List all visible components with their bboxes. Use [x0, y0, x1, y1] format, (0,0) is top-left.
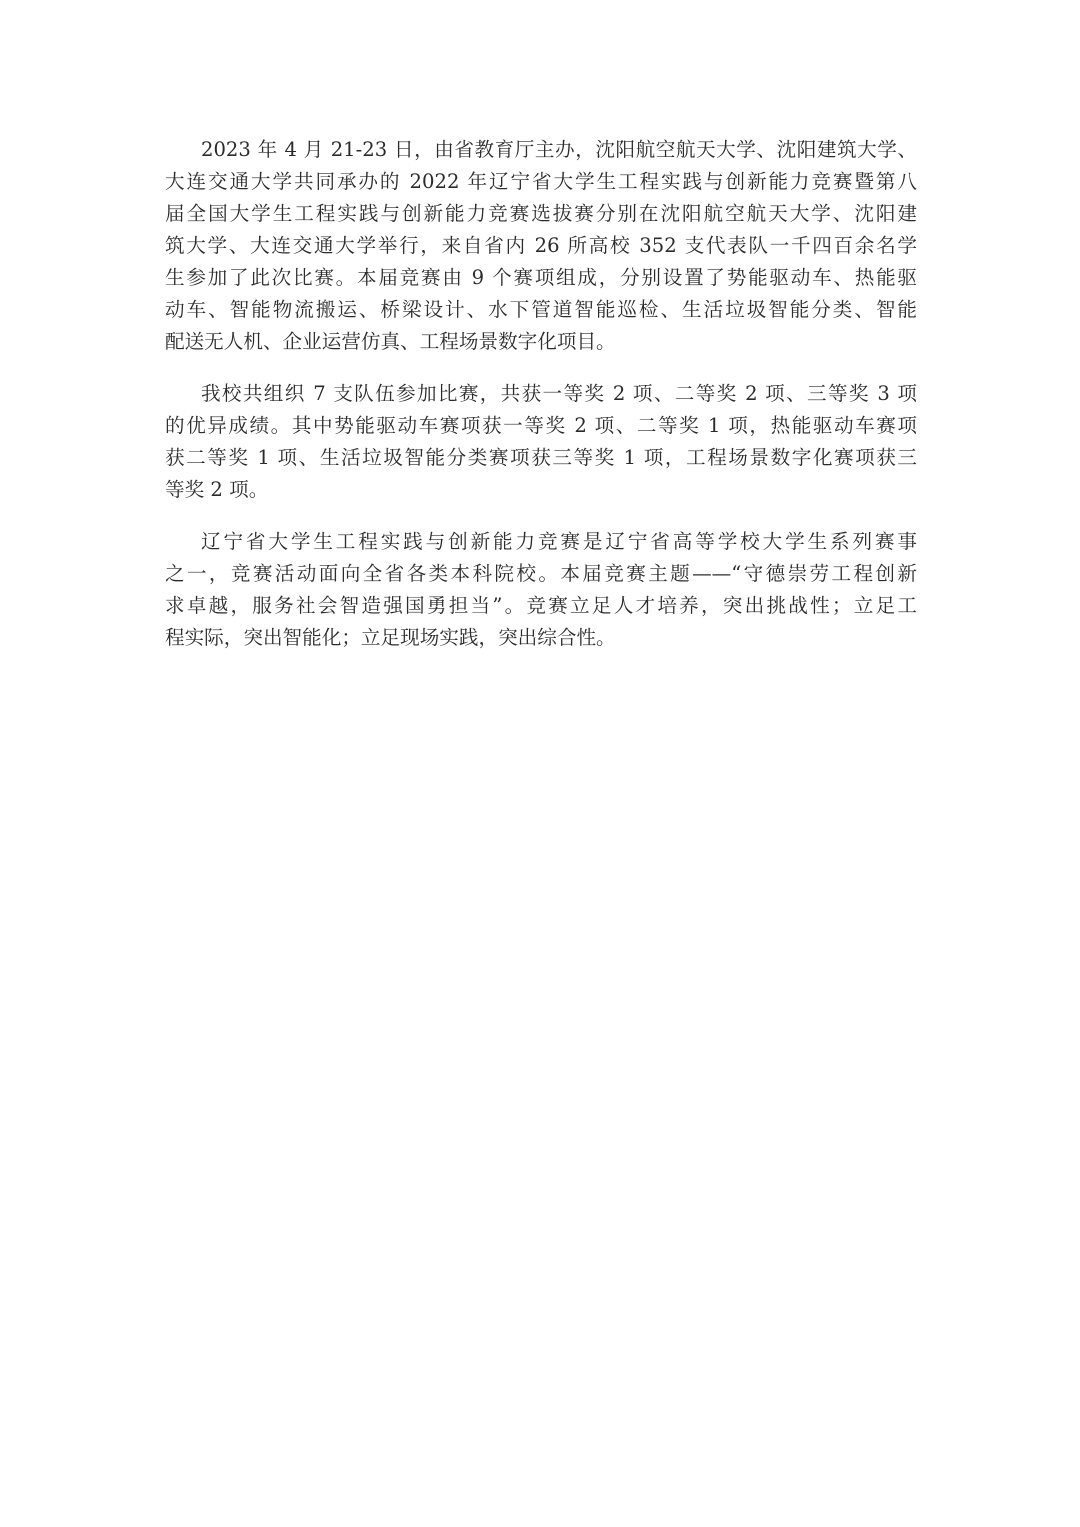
text-line: 筑大学、大连交通大学举行，来自省内 26 所高校 352 支代表队一千四百余名学	[165, 230, 917, 262]
text-line: 配送无人机、企业运营仿真、工程场景数字化项目。	[165, 326, 917, 358]
text-line: 之一，竞赛活动面向全省各类本科院校。本届竞赛主题——“守德崇劳工程创新	[165, 558, 917, 590]
text-line: 等奖 2 项。	[165, 474, 917, 506]
text-line: 届全国大学生工程实践与创新能力竞赛选拔赛分别在沈阳航空航天大学、沈阳建	[165, 198, 917, 230]
text-line: 大连交通大学共同承办的 2022 年辽宁省大学生工程实践与创新能力竞赛暨第八	[165, 166, 917, 198]
text-line: 辽宁省大学生工程实践与创新能力竞赛是辽宁省高等学校大学生系列赛事	[165, 526, 917, 558]
paragraph-competition-theme: 辽宁省大学生工程实践与创新能力竞赛是辽宁省高等学校大学生系列赛事 之一，竞赛活动…	[165, 526, 917, 654]
text-line: 生参加了此次比赛。本届竞赛由 9 个赛项组成，分别设置了势能驱动车、热能驱	[165, 262, 917, 294]
text-line: 获二等奖 1 项、生活垃圾智能分类赛项获三等奖 1 项，工程场景数字化赛项获三	[165, 442, 917, 474]
text-line: 程实际，突出智能化；立足现场实践，突出综合性。	[165, 622, 917, 654]
text-line: 我校共组织 7 支队伍参加比赛，共获一等奖 2 项、二等奖 2 项、三等奖 3 …	[165, 378, 917, 410]
text-line: 2023 年 4 月 21-23 日，由省教育厅主办，沈阳航空航天大学、沈阳建筑…	[165, 134, 917, 166]
paragraph-competition-overview: 2023 年 4 月 21-23 日，由省教育厅主办，沈阳航空航天大学、沈阳建筑…	[165, 134, 917, 358]
text-line: 动车、智能物流搬运、桥梁设计、水下管道智能巡检、生活垃圾智能分类、智能	[165, 294, 917, 326]
text-line: 求卓越，服务社会智造强国勇担当”。竞赛立足人才培养，突出挑战性；立足工	[165, 590, 917, 622]
paragraph-school-results: 我校共组织 7 支队伍参加比赛，共获一等奖 2 项、二等奖 2 项、三等奖 3 …	[165, 378, 917, 506]
text-line: 的优异成绩。其中势能驱动车赛项获一等奖 2 项、二等奖 1 项，热能驱动车赛项	[165, 410, 917, 442]
document-body: 2023 年 4 月 21-23 日，由省教育厅主办，沈阳航空航天大学、沈阳建筑…	[165, 134, 917, 674]
document-page: 2023 年 4 月 21-23 日，由省教育厅主办，沈阳航空航天大学、沈阳建筑…	[0, 0, 1080, 1527]
